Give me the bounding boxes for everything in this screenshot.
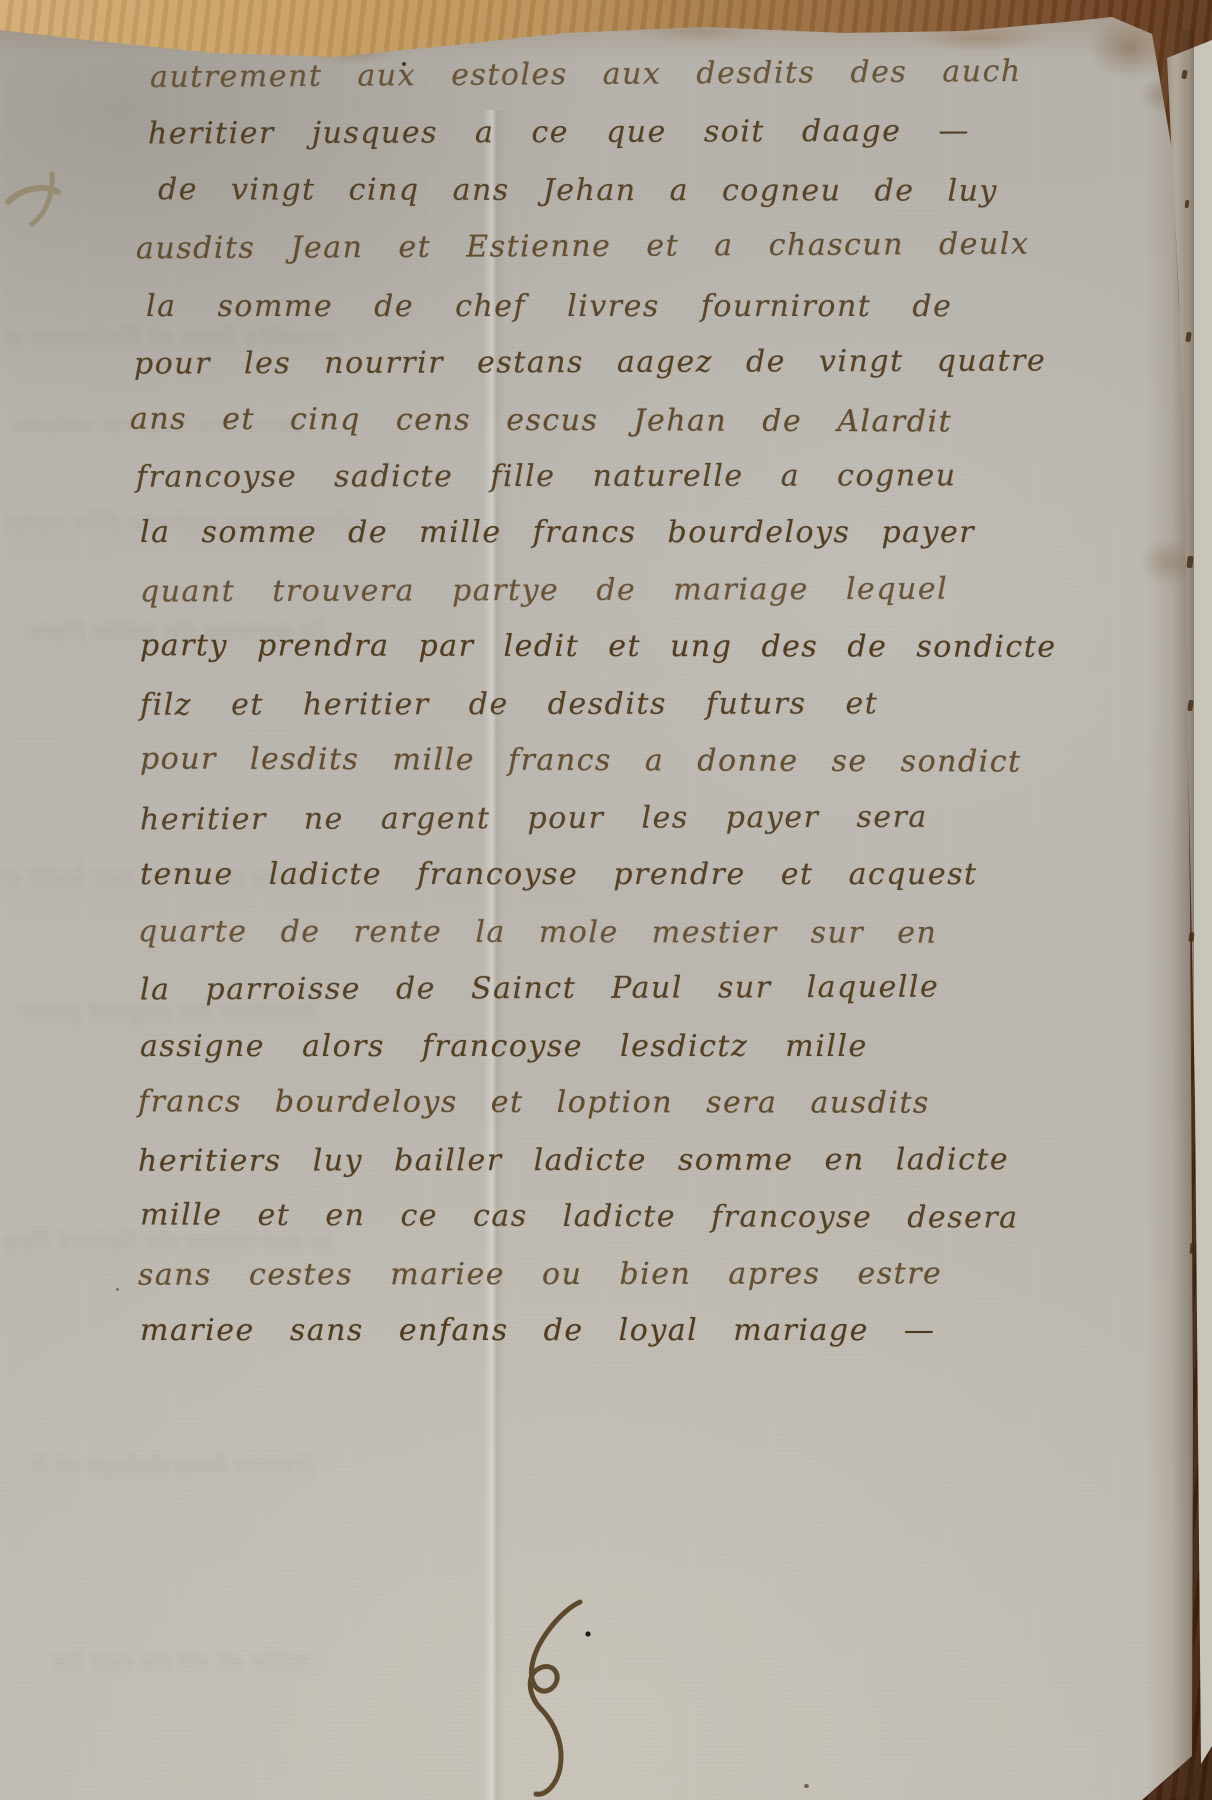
- stitch-mark: [1190, 1243, 1197, 1254]
- manuscript-line: la somme de mille francs bourdeloys paye…: [140, 518, 975, 548]
- manuscript-line: tenue ladicte francoyse prendre et acque…: [140, 860, 978, 890]
- manuscript-line: quarte de rente la mole mestier sur en: [138, 917, 937, 948]
- photographed-manuscript-page: ausdits Jean et Estienne et a chascun de…: [0, 0, 1212, 1800]
- manuscript-line: francs bourdeloys et loption sera ausdit…: [138, 1087, 930, 1118]
- manuscript-line: la parroisse de Sainct Paul sur laquelle: [140, 973, 939, 1006]
- manuscript-line: la somme de chef livres fourniront de: [146, 292, 952, 322]
- manuscript-line: pour les nourrir estans aagez de vingt q…: [134, 346, 1046, 379]
- ink-speck: [402, 62, 406, 66]
- manuscript-line: de vingt cinq ans Jehan a cogneu de luy: [158, 175, 998, 206]
- manuscript-line: heritier ne argent pour les payer sera: [140, 803, 928, 836]
- manuscript-line: heritier jusques a ce que soit daage —: [148, 117, 970, 150]
- manuscript-line: party prendra par ledit et ung des de so…: [140, 631, 1057, 663]
- manuscript-line: filz et heritier de desdits futurs et: [140, 689, 878, 720]
- manuscript-line: pour lesdits mille francs a donne se son…: [140, 744, 1022, 777]
- manuscript-line: mille et en ce cas ladicte francoyse des…: [140, 1200, 1019, 1233]
- stitch-mark: [1186, 556, 1193, 569]
- manuscript-line: mariee sans enfans de loyal mariage —: [140, 1316, 935, 1346]
- manuscript-line: heritiers luy bailler ladicte somme en l…: [138, 1145, 1009, 1177]
- manuscript-line: quant trouvera partye de mariage lequel: [140, 575, 948, 608]
- manuscript-line: francoyse sadicte fille naturelle a cogn…: [136, 461, 957, 492]
- manuscript-line: ans et cinq cens escus Jehan de Alardit: [130, 405, 952, 438]
- ink-speck: [804, 1784, 809, 1788]
- faded-margin-mark: [2, 156, 80, 236]
- paraph-flourish: [470, 1588, 610, 1800]
- manuscript-line: ausdits Jean et Estienne et a chascun de…: [136, 230, 1029, 265]
- manuscript-line: sans cestes mariee ou bien apres estre: [138, 1259, 942, 1290]
- manuscript-paper-sheet: [0, 0, 1212, 1800]
- ink-speck: [116, 1288, 119, 1291]
- manuscript-line: autrement aux estoles aux desdits des au…: [150, 57, 1022, 93]
- manuscript-line: assigne alors francoyse lesdictz mille: [140, 1032, 868, 1062]
